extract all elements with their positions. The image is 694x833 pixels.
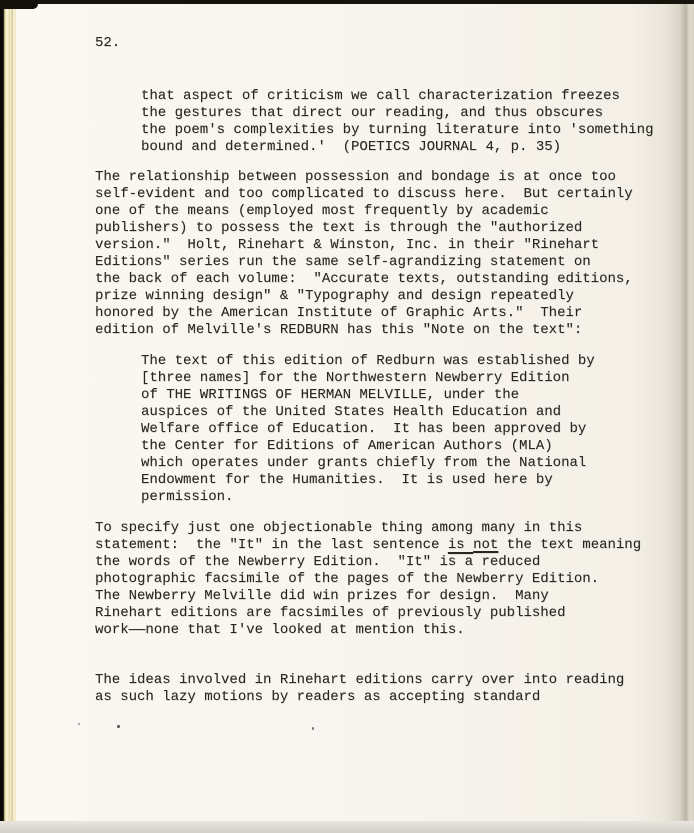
- text-segment: the words of the Newberry Edition. "It" …: [95, 554, 448, 570]
- text-line: the words of the Newberry Edition. "It" …: [95, 554, 680, 571]
- text-line: Endowment for the Humanities. It is used…: [141, 472, 680, 489]
- text-line: auspices of the United States Health Edu…: [141, 404, 680, 421]
- book-top-edge: [0, 0, 694, 4]
- page-number: 52.: [95, 35, 680, 52]
- block-quote: that aspect of criticism we call charact…: [141, 88, 680, 156]
- text-segment: the text meaning: [498, 537, 641, 553]
- text-line: which operates under grants chiefly from…: [141, 455, 680, 472]
- text-line: prize winning design" & "Typography and …: [95, 288, 680, 305]
- text-line: Welfare office of Education. It has been…: [141, 421, 680, 438]
- text-line: self-evident and too complicated to disc…: [95, 186, 680, 203]
- text-line: To specify just one objectionable thing …: [95, 520, 680, 537]
- text-line: of THE WRITINGS OF HERMAN MELVILLE, unde…: [141, 387, 680, 404]
- text-line: as such lazy motions by readers as accep…: [95, 689, 680, 706]
- text-line: version." Holt, Rinehart & Winston, Inc.…: [95, 237, 680, 254]
- text-line: Rinehart editions are facsimiles of prev…: [95, 605, 680, 622]
- text-line: honored by the American Institute of Gra…: [95, 305, 680, 322]
- dust-speck: [312, 727, 314, 730]
- text-line: The Newberry Melville did win prizes for…: [95, 588, 680, 605]
- text-blocks: that aspect of criticism we call charact…: [95, 88, 680, 706]
- paragraph: The ideas involved in Rinehart editions …: [95, 672, 680, 706]
- overlined-text: s a: [448, 554, 473, 570]
- text-line: [three names] for the Northwestern Newbe…: [141, 370, 680, 387]
- book-corner-edge: [0, 0, 38, 9]
- text-line: the poem's complexities by turning liter…: [141, 122, 680, 139]
- text-line: The relationship between possession and …: [95, 169, 680, 186]
- text-line: The ideas involved in Rinehart editions …: [95, 672, 680, 689]
- block-quote: The text of this edition of Redburn was …: [141, 353, 680, 506]
- underlined-text: not: [473, 537, 498, 553]
- text-line: permission.: [141, 489, 680, 506]
- scanned-document-page: 52. that aspect of criticism we call cha…: [0, 0, 694, 833]
- text-line: publishers) to possess the text is throu…: [95, 220, 680, 237]
- paragraph: The relationship between possession and …: [95, 169, 680, 339]
- text-line: the back of each volume: "Accurate texts…: [95, 271, 680, 288]
- text-line: Editions" series run the same self-agran…: [95, 254, 680, 271]
- page-stack-edge: [0, 3, 16, 821]
- dust-speck: [117, 725, 120, 728]
- dust-speck: [78, 723, 80, 725]
- text-line: the Center for Editions of American Auth…: [141, 438, 680, 455]
- text-line: one of the means (employed most frequent…: [95, 203, 680, 220]
- typewritten-text: 52. that aspect of criticism we call cha…: [95, 35, 680, 706]
- text-line: edition of Melville's REDBURN has this "…: [95, 322, 680, 339]
- text-line: the gestures that direct our reading, an…: [141, 105, 680, 122]
- text-line: work——none that I've looked at mention t…: [95, 622, 680, 639]
- text-line: that aspect of criticism we call charact…: [141, 88, 680, 105]
- text-line: photographic facsimile of the pages of t…: [95, 571, 680, 588]
- text-segment: statement: the "It" in the last sentence…: [95, 537, 473, 553]
- text-line: The text of this edition of Redburn was …: [141, 353, 680, 370]
- text-line: statement: the "It" in the last sentence…: [95, 537, 680, 554]
- text-segment: reduced: [473, 554, 540, 570]
- scanner-bed-edge: [0, 821, 694, 833]
- paragraph: To specify just one objectionable thing …: [95, 520, 680, 639]
- text-line: bound and determined.' (POETICS JOURNAL …: [141, 139, 680, 156]
